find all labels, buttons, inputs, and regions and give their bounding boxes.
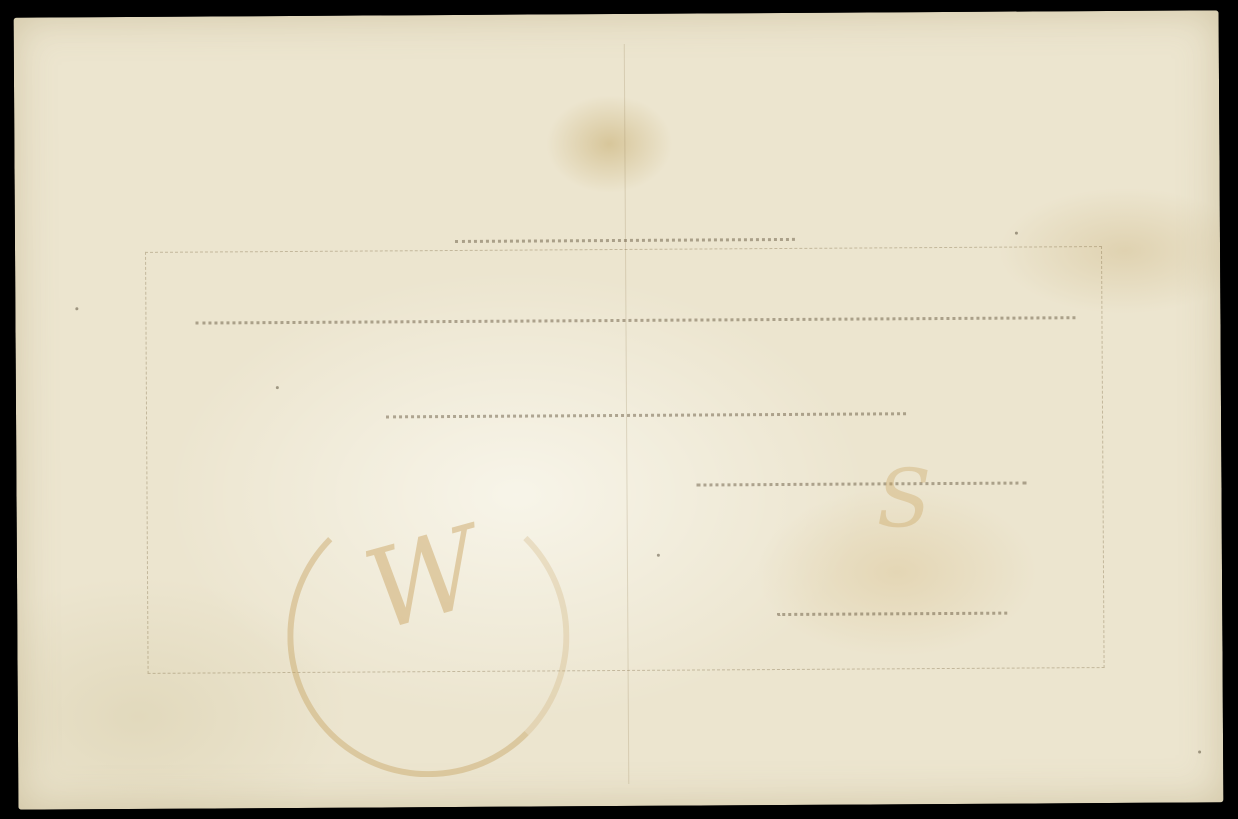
- paper-speck: [1198, 750, 1201, 753]
- paper-speck: [1015, 232, 1018, 235]
- paper-speck: [657, 554, 660, 557]
- aged-paper-note: W S: [14, 10, 1224, 809]
- paper-speck: [276, 386, 279, 389]
- show-through-text-line: [455, 238, 795, 245]
- paper-speck: [75, 307, 78, 310]
- faded-stamp-mark: S: [876, 452, 931, 545]
